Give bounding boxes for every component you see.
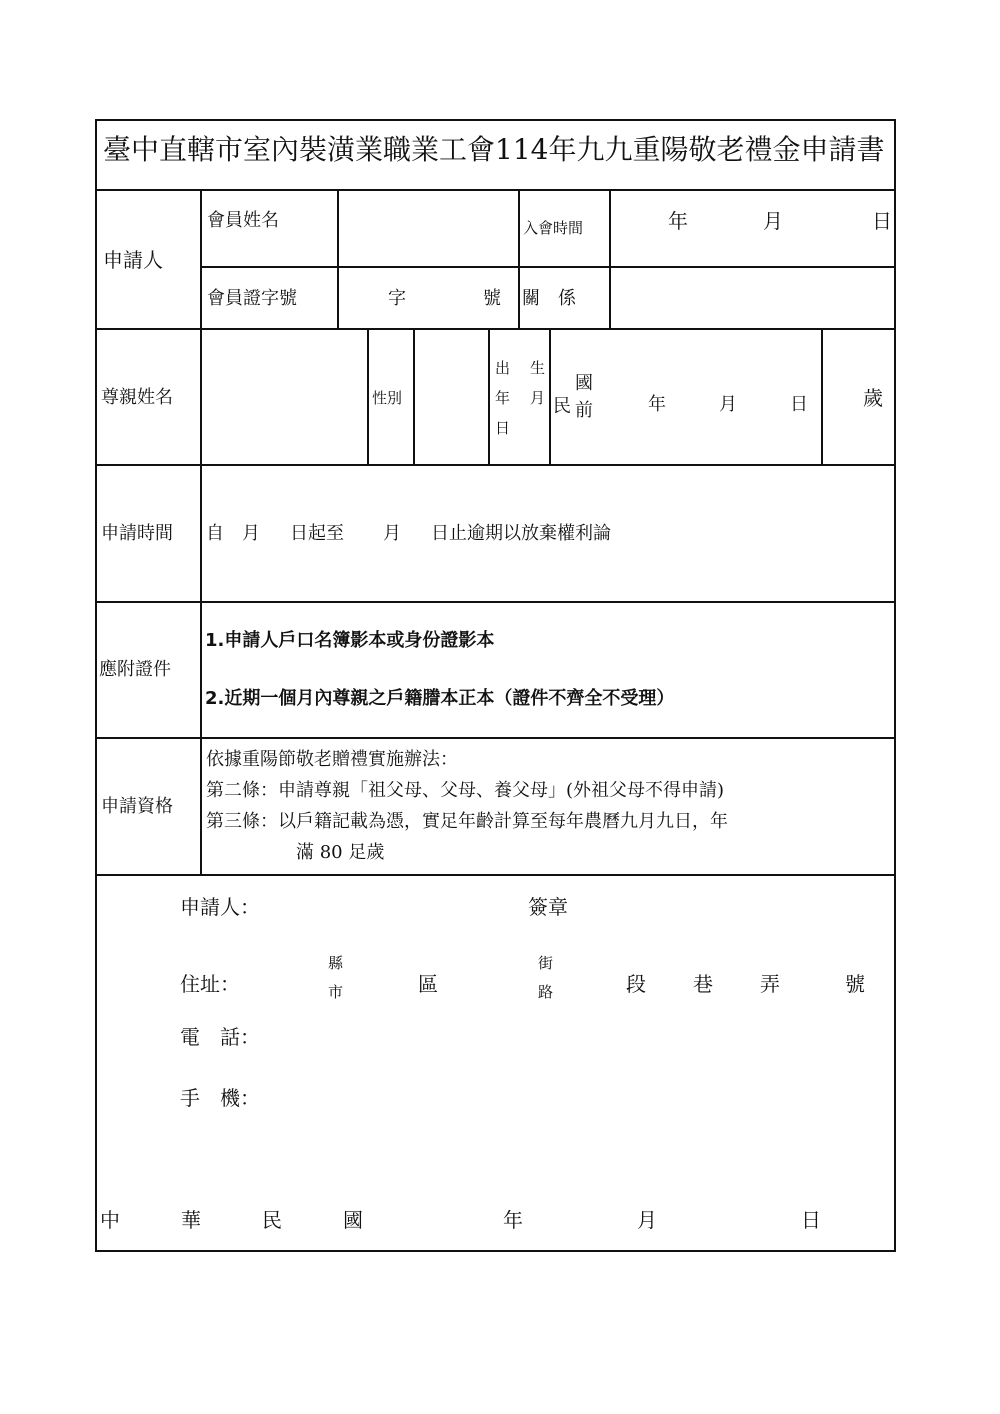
address-section: 段 (626, 974, 646, 994)
era-qian: 前 (575, 402, 593, 420)
address-road: 路 (538, 985, 553, 1000)
applicant-signature-label: 申請人： (180, 897, 260, 917)
eligibility-line: 第三條：以戶籍記載為憑，實足年齡計算至每年農曆九月九日，年 (206, 813, 728, 831)
member-name-label: 會員姓名 (207, 212, 279, 230)
mobile-label: 手 機： (180, 1088, 260, 1108)
applicant-section-label: 申請人 (103, 250, 163, 270)
birth-day: 日 (790, 396, 808, 414)
address-street: 街 (538, 956, 553, 971)
sign-date-field[interactable] (380, 1200, 820, 1240)
period-month2: 月 (383, 525, 401, 543)
divider (337, 189, 339, 329)
join-date-day: 日 (872, 211, 892, 231)
date-char: 民 (262, 1210, 282, 1230)
age-unit: 歲 (863, 388, 883, 408)
era-guo: 國 (575, 375, 593, 393)
divider (201, 266, 896, 268)
address-number: 號 (845, 974, 865, 994)
birth-label-char: 年 (495, 391, 510, 406)
period-day-from: 日起至 (290, 525, 344, 543)
address-district: 區 (418, 974, 438, 994)
birth-year: 年 (648, 396, 666, 414)
address-city: 市 (328, 985, 343, 1000)
address-lane: 巷 (693, 974, 713, 994)
date-char: 國 (343, 1210, 363, 1230)
address-field[interactable] (290, 950, 880, 1005)
address-label: 住址： (180, 974, 240, 994)
address-county: 縣 (328, 956, 343, 971)
divider (413, 328, 415, 465)
birth-date-field[interactable] (600, 331, 820, 463)
birth-label-char: 生 (530, 361, 545, 376)
seal-label: 簽章 (528, 897, 568, 917)
divider (95, 189, 896, 191)
relation-field[interactable] (612, 269, 894, 327)
divider (95, 328, 896, 330)
birth-label-char: 出 (495, 361, 510, 376)
gender-field[interactable] (416, 331, 487, 463)
form-title: 臺中直轄市室內裝潢業職業工會114年九九重陽敬老禮金申請書 (103, 136, 884, 164)
eligibility-label: 申請資格 (101, 798, 173, 816)
divider (609, 189, 611, 329)
divider (95, 464, 896, 466)
age-field[interactable] (824, 331, 894, 463)
attachments-label: 應附證件 (99, 661, 171, 679)
period-zi: 自 (206, 525, 224, 543)
gender-label: 性別 (372, 391, 402, 406)
join-date-label: 入會時間 (523, 221, 583, 236)
attachment-item: 1.申請人戶口名簿影本或身份證影本 (205, 632, 494, 650)
divider (821, 328, 823, 465)
birth-label-char: 月 (530, 391, 545, 406)
era-min: 民 (553, 398, 571, 416)
divider (95, 874, 896, 876)
divider (200, 189, 202, 875)
join-date-field[interactable] (612, 192, 894, 265)
applicant-signature-field[interactable] (290, 890, 520, 926)
birth-month: 月 (719, 396, 737, 414)
member-id-hao: 號 (483, 290, 501, 308)
application-form-page: 臺中直轄市室內裝潢業職業工會114年九九重陽敬老禮金申請書 申請人 會員姓名 入… (0, 0, 1000, 1414)
divider (367, 328, 369, 465)
mobile-field[interactable] (290, 1080, 690, 1116)
divider (95, 601, 896, 603)
divider (95, 737, 896, 739)
elder-name-field[interactable] (203, 331, 366, 463)
join-date-month: 月 (763, 211, 783, 231)
birth-label-char: 日 (495, 421, 510, 436)
application-period-label: 申請時間 (101, 525, 173, 543)
divider (518, 189, 520, 329)
divider (549, 328, 551, 465)
member-id-zi: 字 (388, 290, 406, 308)
period-month1: 月 (242, 525, 260, 543)
period-rest: 日止逾期以放棄權利論 (431, 525, 611, 543)
divider (488, 328, 490, 465)
member-id-label: 會員證字號 (207, 290, 297, 308)
date-char: 中 (100, 1210, 120, 1230)
join-date-year: 年 (668, 211, 688, 231)
relation-label: 關 係 (522, 290, 576, 308)
eligibility-line: 第二條：申請尊親「祖父母、父母、養父母」(外祖父母不得申請) (206, 782, 724, 800)
eligibility-line: 依據重陽節敬老贈禮實施辦法： (206, 751, 458, 769)
elder-name-label: 尊親姓名 (101, 389, 173, 407)
phone-label: 電 話： (180, 1027, 260, 1047)
member-name-field[interactable] (340, 192, 517, 265)
eligibility-line: 滿 80 足歲 (296, 844, 384, 862)
phone-field[interactable] (290, 1020, 690, 1056)
address-alley: 弄 (760, 974, 780, 994)
date-char: 華 (181, 1210, 201, 1230)
attachment-item: 2.近期一個月內尊親之戶籍謄本正本（證件不齊全不受理） (205, 690, 674, 708)
